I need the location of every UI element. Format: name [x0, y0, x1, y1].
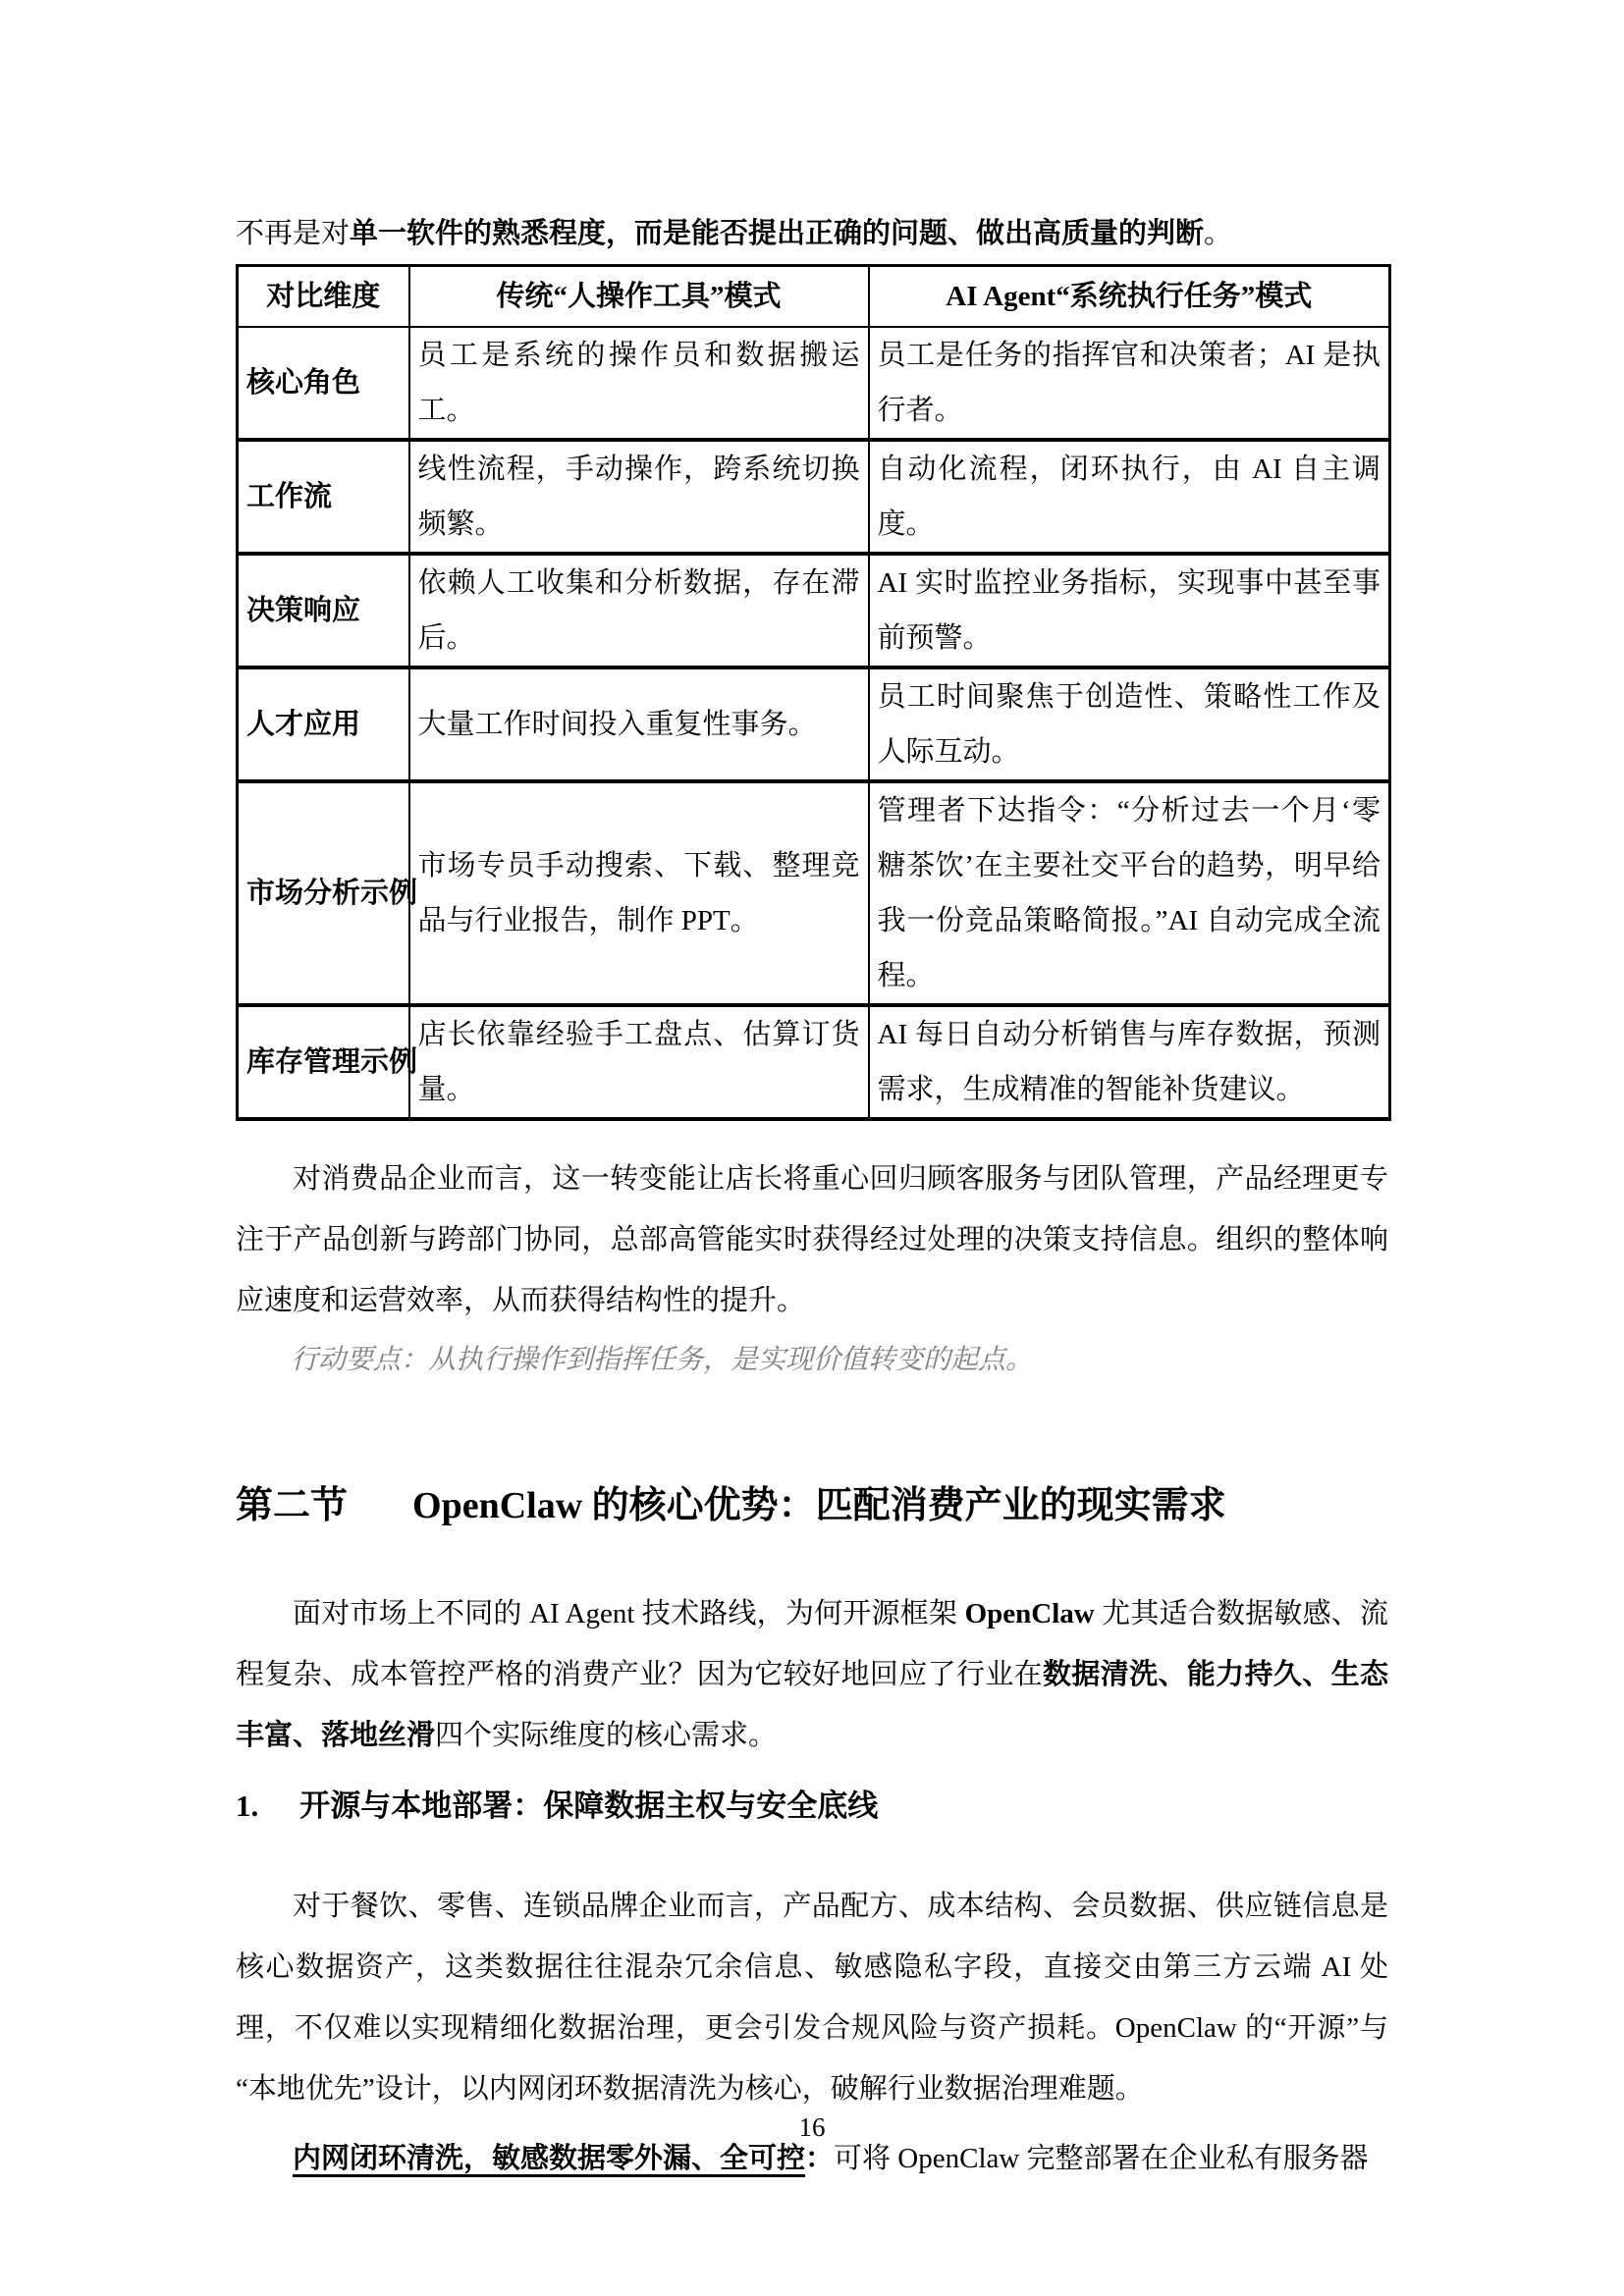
table-row: 工作流 线性流程，手动操作，跨系统切换频繁。 自动化流程，闭环执行，由 AI 自…	[238, 440, 1390, 554]
data-sovereignty-paragraph: 对于餐饮、零售、连锁品牌企业而言，产品配方、成本结构、会员数据、供应链信息是核心…	[236, 1876, 1388, 2119]
subsection-title: 开源与本地部署：保障数据主权与安全底线	[299, 1789, 878, 1823]
traditional-cell: 市场专员手动搜索、下载、整理竞品与行业报告，制作 PPT。	[409, 781, 869, 1005]
dimension-cell: 市场分析示例	[238, 781, 409, 1005]
benefit-paragraph: 对消费品企业而言，这一转变能让店长将重心回归顾客服务与团队管理，产品经理更专注于…	[236, 1148, 1388, 1331]
intro-prefix: 不再是对	[236, 218, 350, 249]
agent-cell: 员工是任务的指挥官和决策者；AI 是执行者。	[869, 327, 1390, 440]
why-bold-openclaw: OpenClaw	[965, 1598, 1095, 1629]
agent-cell: AI 实时监控业务指标，实现事中甚至事前预警。	[869, 554, 1390, 667]
table-row: 库存管理示例 店长依靠经验手工盘点、估算订货量。 AI 每日自动分析销售与库存数…	[238, 1005, 1390, 1119]
intranet-colon: ：	[805, 2143, 834, 2174]
section-heading: 第二节OpenClaw 的核心优势：匹配消费产业的现实需求	[236, 1478, 1388, 1533]
traditional-cell: 依赖人工收集和分析数据，存在滞后。	[409, 554, 869, 667]
traditional-cell: 线性流程，手动操作，跨系统切换频繁。	[409, 440, 869, 554]
agent-cell: 自动化流程，闭环执行，由 AI 自主调度。	[869, 440, 1390, 554]
dimension-cell: 决策响应	[238, 554, 409, 667]
table-row: 核心角色 员工是系统的操作员和数据搬运工。 员工是任务的指挥官和决策者；AI 是…	[238, 327, 1390, 440]
traditional-cell: 员工是系统的操作员和数据搬运工。	[409, 327, 869, 440]
agent-cell: 管理者下达指令：“分析过去一个月‘零糖茶饮’在主要社交平台的趋势，明早给我一份竞…	[869, 781, 1390, 1005]
agent-cell: 员工时间聚焦于创造性、策略性工作及人际互动。	[869, 667, 1390, 781]
header-dimension: 对比维度	[238, 266, 409, 327]
table-row: 市场分析示例 市场专员手动搜索、下载、整理竞品与行业报告，制作 PPT。 管理者…	[238, 781, 1390, 1005]
intro-line: 不再是对单一软件的熟悉程度，而是能否提出正确的问题、做出高质量的判断。	[236, 211, 1388, 256]
header-agent: AI Agent“系统执行任务”模式	[869, 266, 1390, 327]
subsection-number: 1.	[236, 1789, 258, 1823]
traditional-cell: 大量工作时间投入重复性事务。	[409, 667, 869, 781]
subsection-heading: 1.开源与本地部署：保障数据主权与安全底线	[236, 1784, 1388, 1829]
dimension-cell: 库存管理示例	[238, 1005, 409, 1119]
table-row: 决策响应 依赖人工收集和分析数据，存在滞后。 AI 实时监控业务指标，实现事中甚…	[238, 554, 1390, 667]
intranet-rest: 可将 OpenClaw 完整部署在企业私有服务器	[834, 2143, 1369, 2174]
table-header-row: 对比维度 传统“人操作工具”模式 AI Agent“系统执行任务”模式	[238, 266, 1390, 327]
dimension-cell: 核心角色	[238, 327, 409, 440]
page-number: 16	[0, 2112, 1624, 2143]
traditional-cell: 店长依靠经验手工盘点、估算订货量。	[409, 1005, 869, 1119]
document-page: 不再是对单一软件的熟悉程度，而是能否提出正确的问题、做出高质量的判断。 对比维度…	[0, 0, 1624, 2296]
header-traditional: 传统“人操作工具”模式	[409, 266, 869, 327]
intranet-underlined-lead: 内网闭环清洗，敏感数据零外漏、全可控	[293, 2143, 805, 2177]
why-openclaw-paragraph: 面对市场上不同的 AI Agent 技术路线，为何开源框架 OpenClaw 尤…	[236, 1583, 1388, 1766]
agent-cell: AI 每日自动分析销售与库存数据，预测需求，生成精准的智能补货建议。	[869, 1005, 1390, 1119]
action-note: 行动要点：从执行操作到指挥任务，是实现价值转变的起点。	[236, 1335, 1388, 1386]
dimension-cell: 人才应用	[238, 667, 409, 781]
table-row: 人才应用 大量工作时间投入重复性事务。 员工时间聚焦于创造性、策略性工作及人际互…	[238, 667, 1390, 781]
section-title: OpenClaw 的核心优势：匹配消费产业的现实需求	[412, 1485, 1226, 1526]
dimension-cell: 工作流	[238, 440, 409, 554]
intro-bold-text: 单一软件的熟悉程度，而是能否提出正确的问题、做出高质量的判断	[350, 218, 1204, 249]
comparison-table: 对比维度 传统“人操作工具”模式 AI Agent“系统执行任务”模式 核心角色…	[236, 264, 1391, 1121]
why-run: 面对市场上不同的 AI Agent 技术路线，为何开源框架	[293, 1598, 965, 1629]
intro-suffix: 。	[1204, 218, 1232, 249]
why-run: 四个实际维度的核心需求。	[435, 1720, 777, 1751]
section-number: 第二节	[236, 1485, 348, 1526]
